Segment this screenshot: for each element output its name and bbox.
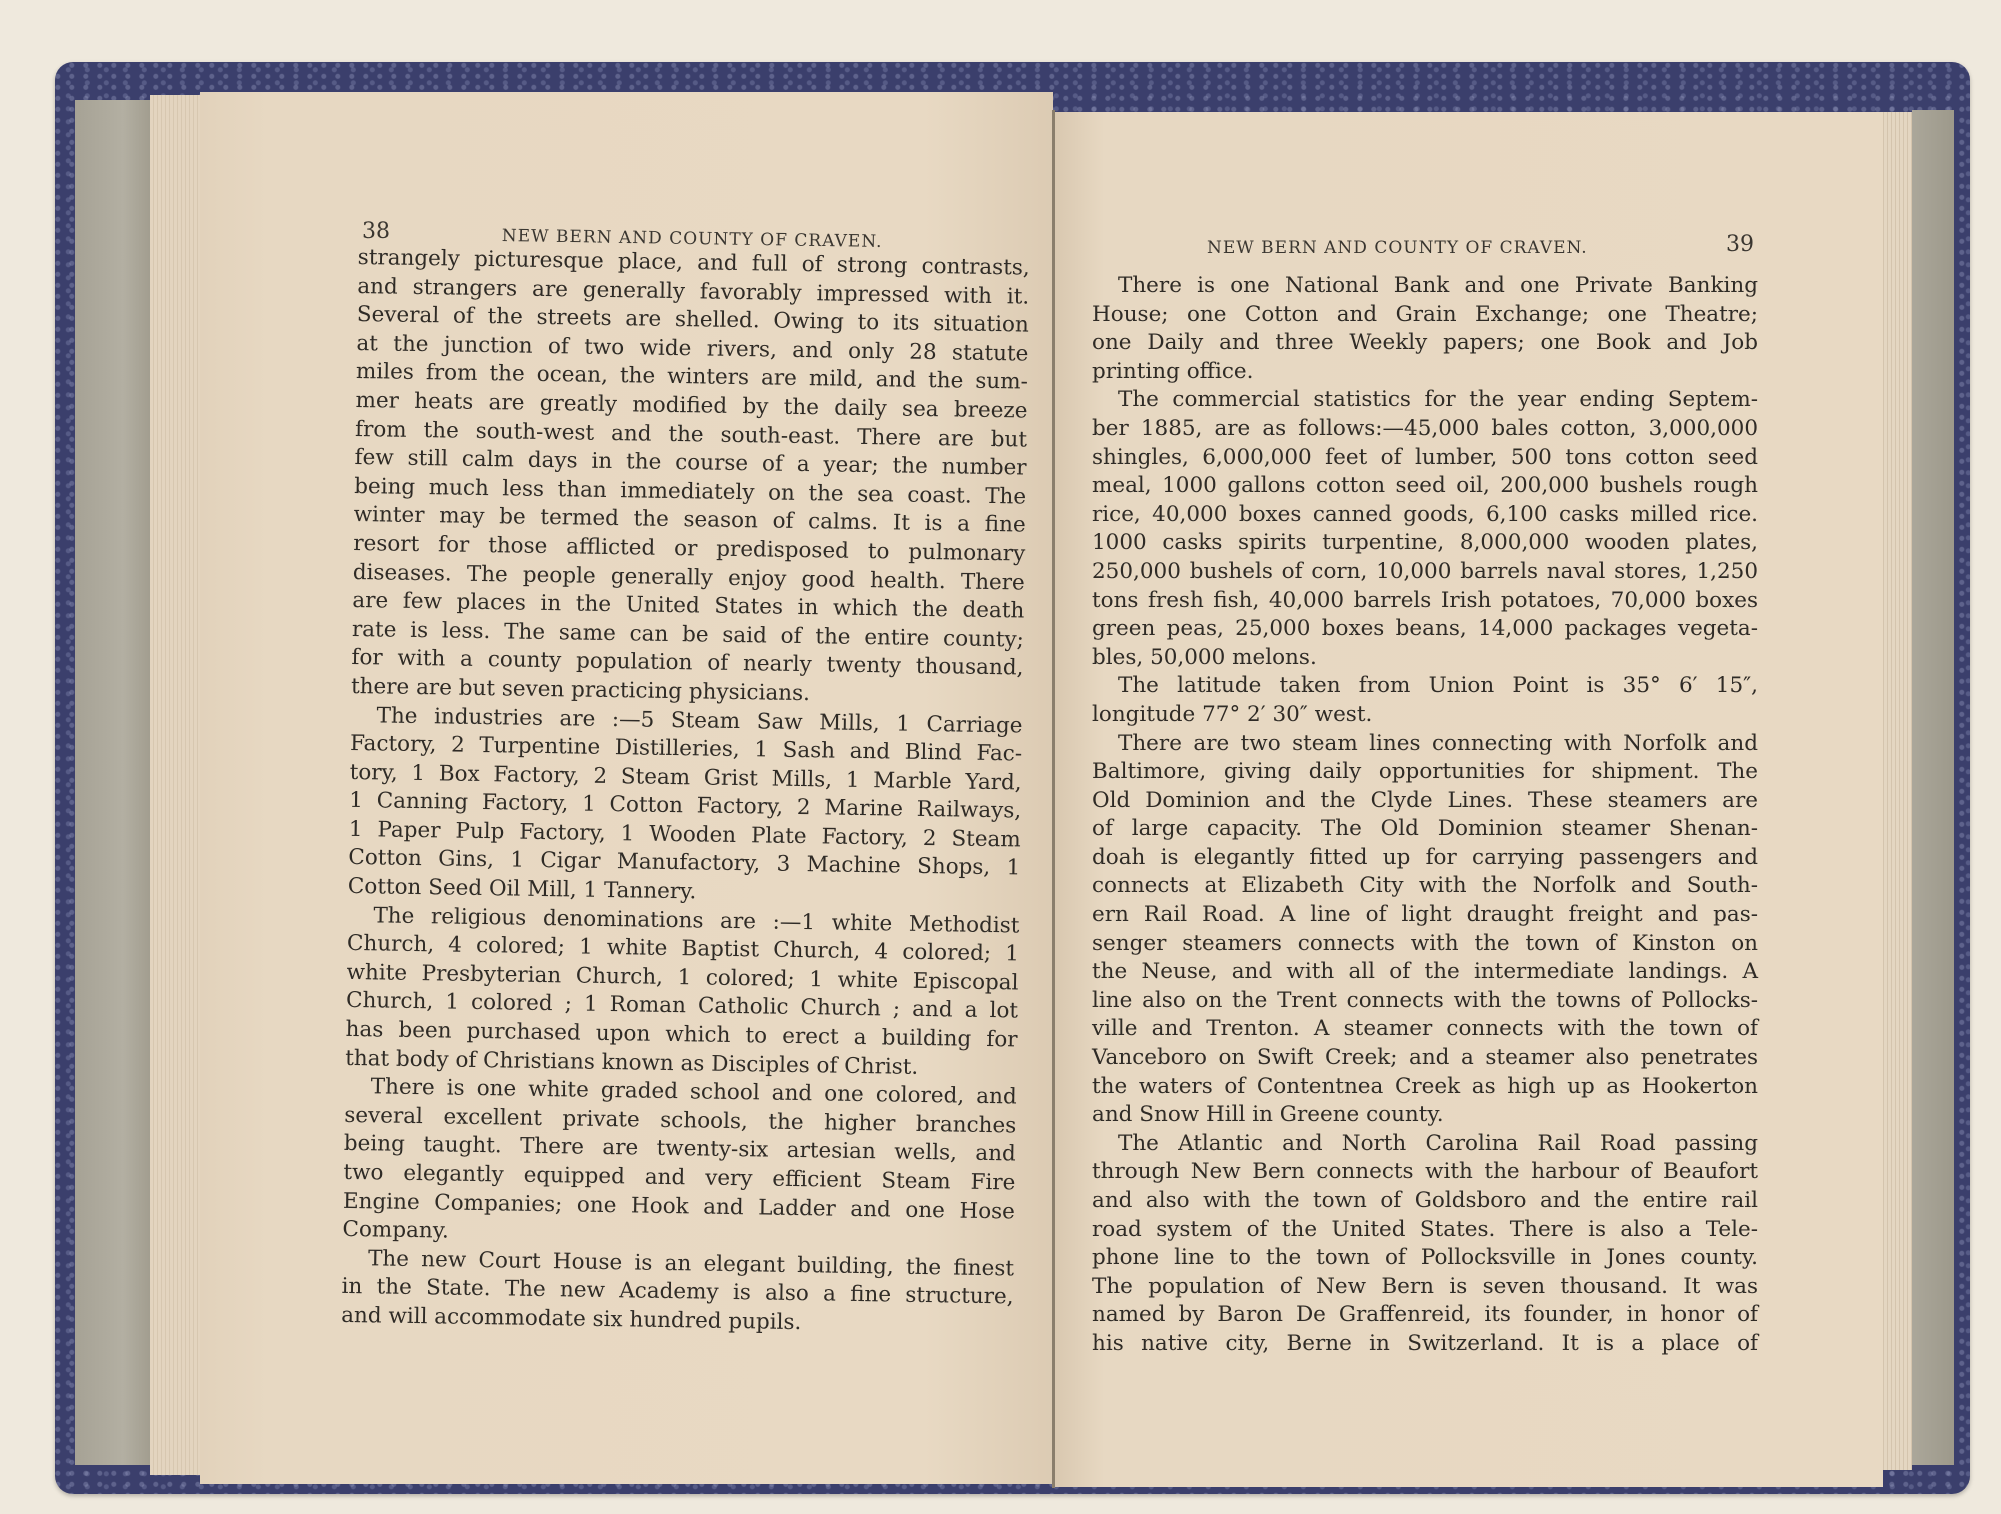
text-line: road system of the United States. There … — [1092, 1216, 1758, 1245]
text-line: his native city, Berne in Switzerland. I… — [1092, 1330, 1758, 1359]
text-line: one Daily and three Weekly papers; one B… — [1092, 329, 1758, 358]
left-endpaper — [75, 100, 155, 1465]
text-line: House; one Cotton and Grain Exchange; on… — [1092, 301, 1758, 330]
text-line: doah is elegantly fitted up for carrying… — [1092, 844, 1758, 873]
text-line: phone line to the town of Pollocksville … — [1092, 1244, 1758, 1273]
text-line: longitude 77° 2′ 30″ west. — [1092, 701, 1758, 730]
text-line: Vanceboro on Swift Creek; and a steamer … — [1092, 1044, 1758, 1073]
text-line: 1000 casks spirits turpentine, 8,000,000… — [1092, 529, 1758, 558]
text-line: The population of New Bern is seven thou… — [1092, 1273, 1758, 1302]
text-line: and Snow Hill in Greene county. — [1092, 1101, 1758, 1130]
text-line: The commercial statistics for the year e… — [1092, 386, 1758, 415]
text-line: ern Rail Road. A line of light draught f… — [1092, 901, 1758, 930]
text-line: connects at Elizabeth City with the Norf… — [1092, 872, 1758, 901]
book-gutter — [1052, 110, 1055, 1488]
text-line: printing office. — [1092, 358, 1758, 387]
page-number-right: 39 — [1726, 232, 1754, 257]
text-line: the waters of Contentnea Creek as high u… — [1092, 1073, 1758, 1102]
text-line: 250,000 bushels of corn, 10,000 barrels … — [1092, 558, 1758, 587]
text-line: bles, 50,000 melons. — [1092, 644, 1758, 673]
text-line: named by Baron De Graffenreid, its found… — [1092, 1301, 1758, 1330]
text-line: The Atlantic and North Carolina Rail Roa… — [1092, 1130, 1758, 1159]
text-line: the Neuse, and with all of the intermedi… — [1092, 958, 1758, 987]
right-page-stack — [1880, 112, 1912, 1470]
text-line: rice, 40,000 boxes canned goods, 6,100 c… — [1092, 501, 1758, 530]
text-line: Baltimore, giving daily opportunities fo… — [1092, 758, 1758, 787]
text-line: and also with the town of Goldsboro and … — [1092, 1187, 1758, 1216]
text-line: tons fresh fish, 40,000 barrels Irish po… — [1092, 587, 1758, 616]
text-line: meal, 1000 gallons cotton seed oil, 200,… — [1092, 472, 1758, 501]
text-line: Old Dominion and the Clyde Lines. These … — [1092, 787, 1758, 816]
right-endpaper — [1912, 110, 1954, 1465]
running-head-right: NEW BERN AND COUNTY OF CRAVEN. — [1207, 238, 1588, 258]
right-page-body: There is one National Bank and one Priva… — [1092, 272, 1758, 1359]
text-line: There are two steam lines connecting wit… — [1092, 730, 1758, 759]
page-number-left: 38 — [362, 219, 390, 244]
text-line: ber 1885, are as follows:—45,000 bales c… — [1092, 415, 1758, 444]
text-line: ville and Trenton. A steamer connects wi… — [1092, 1015, 1758, 1044]
text-line: through New Bern connects with the harbo… — [1092, 1158, 1758, 1187]
text-line: There is one National Bank and one Priva… — [1092, 272, 1758, 301]
text-line: green peas, 25,000 boxes beans, 14,000 p… — [1092, 615, 1758, 644]
text-line: The latitude taken from Union Point is 3… — [1092, 672, 1758, 701]
text-line: shingles, 6,000,000 feet of lumber, 500 … — [1092, 444, 1758, 473]
text-line: of large capacity. The Old Dominion stea… — [1092, 815, 1758, 844]
text-line: senger steamers connects with the town o… — [1092, 930, 1758, 959]
left-page-body: strangely picturesque place, and full of… — [341, 244, 1030, 1341]
text-line: line also on the Trent connects with the… — [1092, 987, 1758, 1016]
